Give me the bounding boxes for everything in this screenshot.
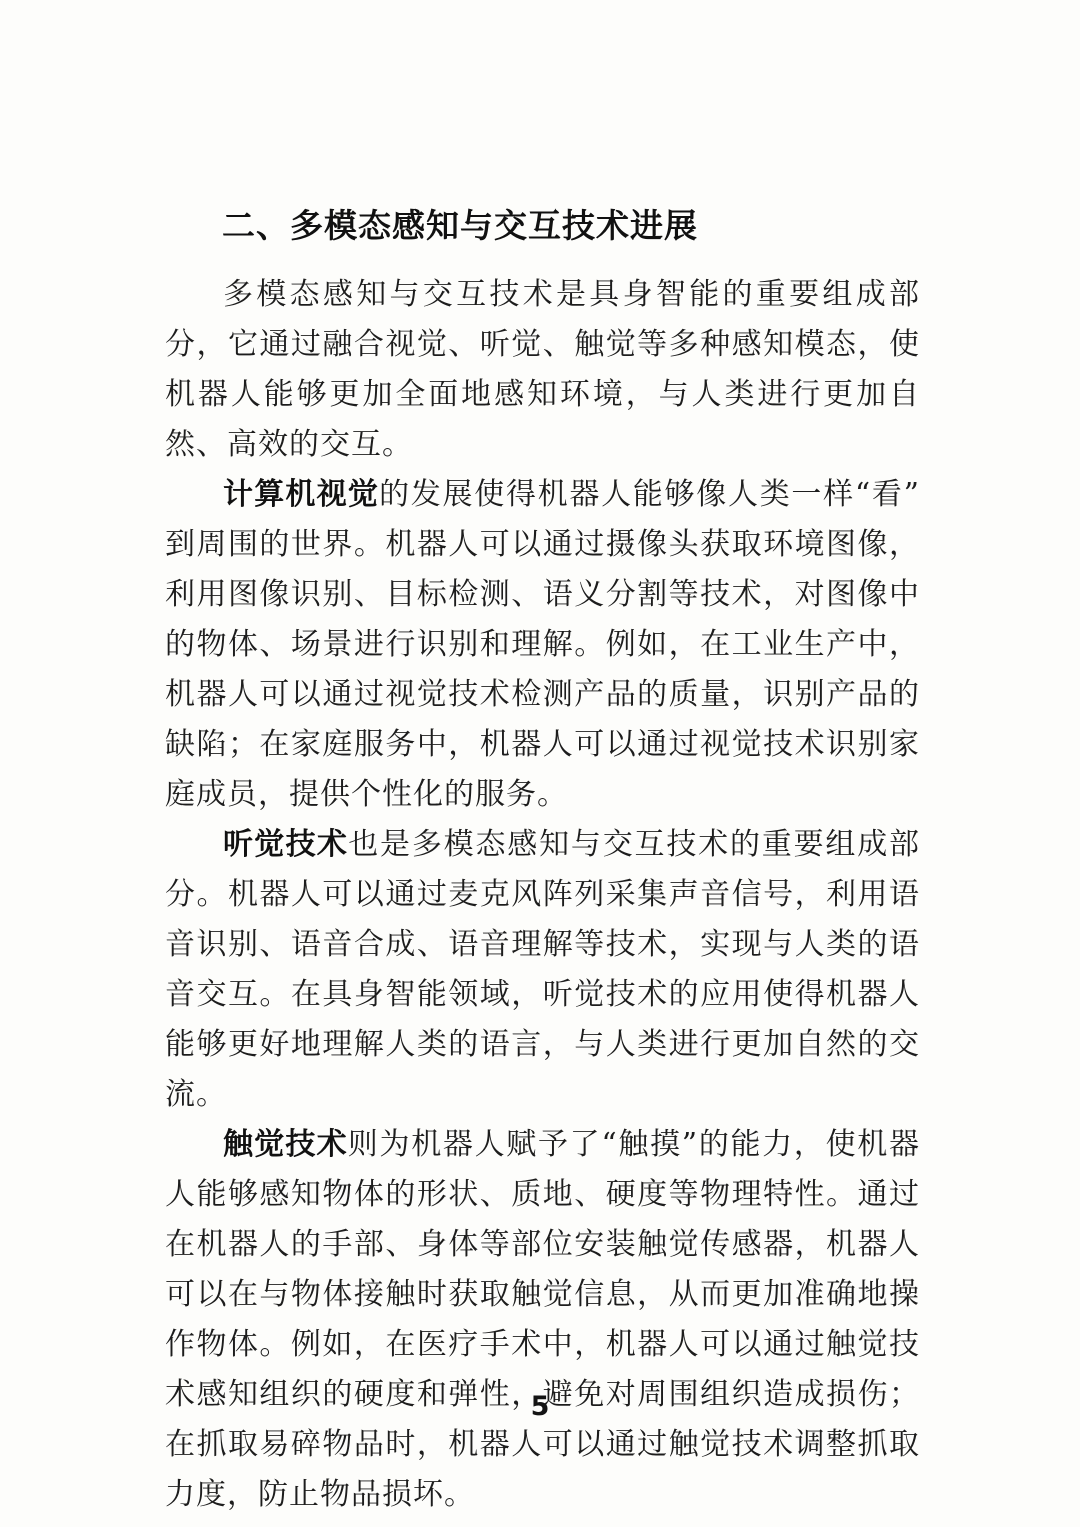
paragraph-text: 则为机器人赋予了“触摸”的能力，使机器人能够感知物体的形状、质地、硬度等物理特性…	[165, 1127, 920, 1512]
paragraph-text: 的发展使得机器人能够像人类一样“看”到周围的世界。机器人可以通过摄像头获取环境图…	[165, 477, 920, 812]
paragraph-multimodal-intro: 多模态感知与交互技术是具身智能的重要组成部分，它通过融合视觉、听觉、触觉等多种感…	[165, 270, 920, 470]
paragraph-lead: 触觉技术	[223, 1127, 348, 1162]
paragraph-text: 也是多模态感知与交互技术的重要组成部分。机器人可以通过麦克风阵列采集声音信号，利…	[165, 827, 920, 1112]
page-number: 5	[0, 1391, 1080, 1423]
section-heading: 二、多模态感知与交互技术进展	[165, 203, 920, 249]
document-body: 多模态感知与交互技术是具身智能的重要组成部分，它通过融合视觉、听觉、触觉等多种感…	[165, 270, 920, 1520]
paragraph-computer-vision: 计算机视觉的发展使得机器人能够像人类一样“看”到周围的世界。机器人可以通过摄像头…	[165, 470, 920, 820]
paragraph-lead: 听觉技术	[223, 827, 348, 862]
paragraph-text: 多模态感知与交互技术是具身智能的重要组成部分，它通过融合视觉、听觉、触觉等多种感…	[165, 277, 920, 462]
paragraph-lead: 计算机视觉	[223, 477, 379, 512]
paragraph-auditory-tech: 听觉技术也是多模态感知与交互技术的重要组成部分。机器人可以通过麦克风阵列采集声音…	[165, 820, 920, 1120]
document-page: 二、多模态感知与交互技术进展 多模态感知与交互技术是具身智能的重要组成部分，它通…	[0, 0, 1080, 1527]
paragraph-tactile-tech: 触觉技术则为机器人赋予了“触摸”的能力，使机器人能够感知物体的形状、质地、硬度等…	[165, 1120, 920, 1520]
